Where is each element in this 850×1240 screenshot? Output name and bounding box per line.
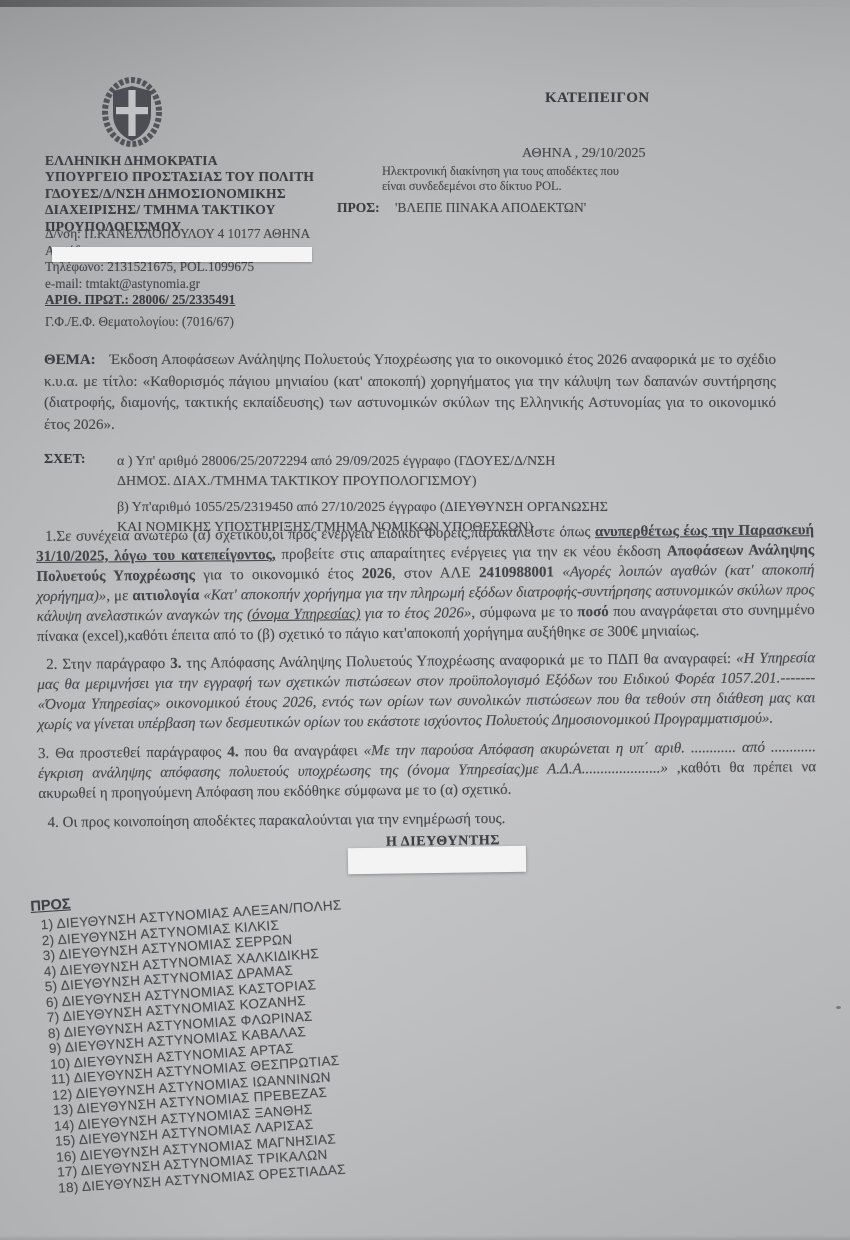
address-value: Π.ΚΑΝΕΛΛΟΠΟΥΛΟΥ 4 10177 ΑΘΗΝΑ	[84, 226, 310, 241]
document-body: 1.Σε συνέχεια ανωτέρω (α) σχετικού,οι πρ…	[36, 521, 817, 842]
address-row: Δ/νση: Π.ΚΑΝΕΛΛΟΠΟΥΛΟΥ 4 10177 ΑΘΗΝΑ	[45, 226, 405, 243]
text-segment: 2410988001	[479, 564, 554, 581]
redacted-signature-box	[348, 846, 526, 874]
email-row: e-mail: tmtakt@astynomia.gr	[45, 276, 405, 293]
org-line: ΥΠΟΥΡΓΕΙΟ ΠΡΟΣΤΑΣΙΑΣ ΤΟΥ ΠΟΛΙΤΗ	[45, 169, 395, 185]
text-segment: , στον ΑΛΕ	[392, 565, 479, 582]
redacted-officer-name-box	[52, 247, 312, 262]
text-segment: 2. Στην παράγραφο	[46, 656, 170, 673]
text-segment: αιτιολογία	[132, 587, 199, 604]
text-segment: της Απόφασης Ανάληψης Πολυετούς Υποχρέωσ…	[181, 651, 736, 672]
contact-details-block: Δ/νση: Π.ΚΑΝΕΛΛΟΠΟΥΛΟΥ 4 10177 ΑΘΗΝΑ Αρμ…	[45, 226, 405, 331]
org-line: ΕΛΛΗΝΙΚΗ ΔΗΜΟΚΡΑΤΙΑ	[45, 153, 395, 169]
city-date: ΑΘΗΝΑ , 29/10/2025	[522, 146, 645, 162]
related-item-a: α ) Υπ' αριθμό 28006/25/2072294 από 29/0…	[117, 452, 627, 491]
text-segment: 3.	[170, 656, 181, 672]
text-segment: (όνομα Υπηρεσίας)	[247, 606, 361, 623]
electronic-distribution-note: Ηλεκτρονική διακίνηση για τους αποδέκτες…	[382, 164, 672, 193]
text-segment: προβείτε στις απαραίτητες ενέργειες για …	[275, 543, 666, 562]
related-label: ΣΧΕΤ:	[44, 452, 86, 468]
protocol-number-row: ΑΡΙΘ. ΠΡΩΤ.: 28006/ 25/2335491	[45, 292, 405, 309]
scan-artifact-dot	[836, 1006, 841, 1009]
paragraph-1: 1.Σε συνέχεια ανωτέρω (α) σχετικού,οι πρ…	[36, 521, 815, 647]
email-value: tmtakt@astynomia.gr	[86, 276, 200, 291]
email-label: e-mail:	[45, 276, 82, 291]
to-value: 'ΒΛΕΠΕ ΠΙΝΑΚΑ ΑΠΟΔΕΚΤΩΝ'	[395, 200, 586, 215]
protocol-value: 28006/ 25/2335491	[132, 292, 235, 307]
subject-text: Έκδοση Αποφάσεων Ανάληψης Πολυετούς Υποχ…	[44, 352, 776, 433]
to-label: ΠΡΟΣ:	[337, 200, 380, 215]
text-segment	[554, 564, 562, 580]
text-segment: 4.	[227, 744, 238, 760]
text-segment: , με	[106, 588, 132, 604]
hellenic-republic-emblem-icon	[96, 72, 168, 150]
file-reference: Γ.Φ./Ε.Φ. Θεματολογίου: (7016/67)	[45, 314, 405, 331]
recipients-block: ΠΡΟΣ 1) ΔΙΕΥΘΥΝΣΗ ΑΣΤΥΝΟΜΙΑΣ ΑΛΕΞΑΝ/ΠΟΛΗ…	[30, 871, 469, 1196]
text-segment: για το οικονομικό έτος	[195, 566, 362, 583]
recipients-list: 1) ΔΙΕΥΘΥΝΣΗ ΑΣΤΥΝΟΜΙΑΣ ΑΛΕΞΑΝ/ΠΟΛΗΣ2) Δ…	[31, 890, 469, 1196]
scanned-document-page: ΕΛΛΗΝΙΚΗ ΔΗΜΟΚΡΑΤΙΑ ΥΠΟΥΡΓΕΙΟ ΠΡΟΣΤΑΣΙΑΣ…	[0, 0, 850, 1240]
text-segment: για το έτος 2026»	[360, 605, 471, 622]
paragraph-3: 3. Θα προστεθεί παράγραφος 4. που θα ανα…	[38, 738, 816, 805]
urgency-stamp: ΚΑΤΕΠΕΙΓΟΝ	[545, 90, 650, 107]
subject-block: ΘΕΜΑ:Έκδοση Αποφάσεων Ανάληψης Πολυετούς…	[44, 350, 776, 436]
to-row: ΠΡΟΣ: 'ΒΛΕΠΕ ΠΙΝΑΚΑ ΑΠΟΔΕΚΤΩΝ'	[337, 200, 586, 216]
paragraph-2: 2. Στην παράγραφο 3. της Απόφασης Ανάληψ…	[37, 650, 816, 736]
text-segment: 1.Σε συνέχεια ανωτέρω (α) σχετικού,οι πρ…	[45, 524, 595, 545]
text-segment: 2026	[362, 566, 392, 582]
paragraph-4: 4. Οι προς κοινοποίηση αποδέκτες παρακαλ…	[38, 807, 816, 834]
protocol-label: ΑΡΙΘ. ΠΡΩΤ.:	[45, 292, 129, 307]
text-segment: που θα αναγράφει	[238, 743, 363, 760]
address-label: Δ/νση:	[45, 226, 81, 241]
issuing-authority-block: ΕΛΛΗΝΙΚΗ ΔΗΜΟΚΡΑΤΙΑ ΥΠΟΥΡΓΕΙΟ ΠΡΟΣΤΑΣΙΑΣ…	[45, 153, 395, 235]
text-segment: ποσό	[577, 604, 609, 620]
text-segment: 3. Θα προστεθεί παράγραφος	[38, 744, 227, 762]
text-segment: , σύμφωνα με το	[471, 604, 577, 621]
subject-label: ΘΕΜΑ:	[44, 352, 110, 368]
